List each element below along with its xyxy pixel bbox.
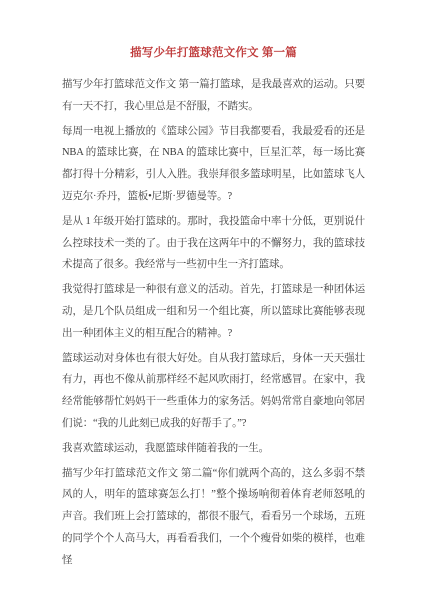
paragraph-6: 我喜欢篮球运动，我愿篮球伴随着我的一生。 — [62, 438, 365, 460]
paragraph-3: 是从 1 年级开始打篮球的。那时，我投篮命中率十分低，更别说什么控球技术一类的了… — [62, 211, 365, 276]
document-body: 描写少年打篮球范文作文 第一篇打篮球，是我最喜欢的运动。只要有一天不打，我心里总… — [62, 74, 365, 572]
document-title: 描写少年打篮球范文作文 第一篇 — [62, 46, 365, 60]
paragraph-4: 我觉得打篮球是一种很有意义的活动。首先，打篮球是一种团体运动，是几个队员组成一组… — [62, 279, 365, 344]
paragraph-1: 描写少年打篮球范文作文 第一篇打篮球，是我最喜欢的运动。只要有一天不打，我心里总… — [62, 74, 365, 118]
paragraph-7: 描写少年打篮球范文作文 第二篇“你们就两个高的，这么多弱不禁风的人，明年的篮球赛… — [62, 463, 365, 572]
paragraph-2: 每周一电视上播放的《篮球公园》节目我都要看，我最爱看的还是NBA 的篮球比赛，在… — [62, 121, 365, 208]
paragraph-5: 篮球运动对身体也有很大好处。自从我打篮球后，身体一天天强壮有力，再也不像从前那样… — [62, 348, 365, 435]
document-page: 描写少年打篮球范文作文 第一篇 描写少年打篮球范文作文 第一篇打篮球，是我最喜欢… — [0, 0, 424, 600]
